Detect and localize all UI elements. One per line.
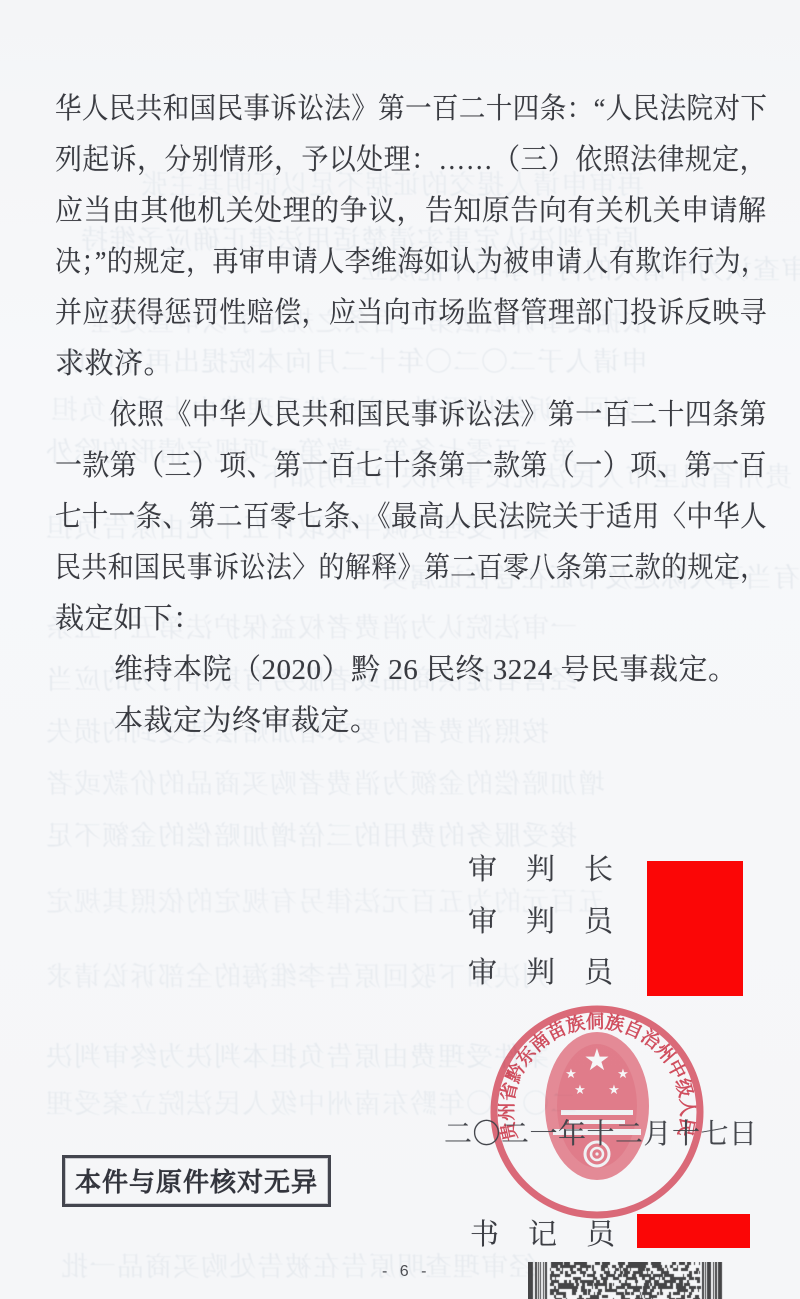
scanned-court-ruling-page: 再审申请人提交的证据不足以证明其主张原审判决认定事实清楚适用法律正确应予维持本院… xyxy=(0,0,800,1299)
emblem-small-star: ★ xyxy=(608,1082,620,1097)
emblem-small-star: ★ xyxy=(617,1066,629,1081)
body-line: 决；”的规定，再审申请人李维海如认为被申请人有欺诈行为， xyxy=(55,237,693,288)
redaction-box-clerk-name xyxy=(637,1214,750,1248)
body-line: 裁定如下： xyxy=(55,594,767,645)
body-line: 应当由其他机关处理的争议，告知原告向有关机关申请解 xyxy=(55,186,742,237)
body-line: 华人民共和国民事诉讼法》第一百二十四条：“人民法院对下 xyxy=(55,84,705,135)
bleedthrough-line: 增加赔偿的金额为消费者购买商品的价款或者 xyxy=(45,762,605,801)
body-line: 依照《中华人民共和国民事诉讼法》第一百二十四条第 xyxy=(55,390,716,441)
body-line: 七十一条、第二百零七条、《最高人民法院关于适用〈中华人 xyxy=(55,492,703,543)
body-line: 一款第（三）项、第一百七十条第一款第（一）项、第一百 xyxy=(55,441,716,492)
redaction-box-judge-names xyxy=(647,861,743,996)
bleedthrough-line: 案件受理费由原告负担本判决为终审判决 xyxy=(45,1035,549,1074)
ruling-date: 二〇二一年十二月十七日 xyxy=(444,1112,758,1152)
bleedthrough-line: 经审理查明原告在被告处购买商品一批 xyxy=(60,1245,536,1284)
signature-block: 审 判 长审 判 员审 判 员 xyxy=(468,845,613,1000)
body-line: 求救济。 xyxy=(55,339,767,390)
emblem-small-star: ★ xyxy=(565,1066,577,1081)
clerk-label: 书 记 员 xyxy=(470,1212,615,1253)
document-barcode xyxy=(528,1262,725,1299)
body-line: 维持本院（2020）黔 26 民终 3224 号民事裁定。 xyxy=(55,645,767,696)
body-line: 列起诉，分别情形，予以处理：……（三）依照法律规定， xyxy=(55,135,716,186)
judge-role-line: 审 判 长 xyxy=(468,845,613,897)
judge-role-line: 审 判 员 xyxy=(468,948,613,1000)
page-number: - 6 - xyxy=(382,1263,430,1281)
emblem-big-star: ★ xyxy=(584,1044,611,1077)
emblem-small-star: ★ xyxy=(574,1082,586,1097)
body-line: 并应获得惩罚性赔偿，应当向市场监督管理部门投诉反映寻 xyxy=(55,288,716,339)
verification-stamp: 本件与原件核对无异 xyxy=(62,1155,331,1207)
body-line: 本裁定为终审裁定。 xyxy=(55,696,767,747)
national-emblem: ★ ★ ★ ★ ★ xyxy=(545,1032,649,1180)
ruling-body-text: 华人民共和国民事诉讼法》第一百二十四条：“人民法院对下列起诉，分别情形，予以处理… xyxy=(55,84,767,747)
body-line: 民共和国民事诉讼法〉的解释》第二百零八条第三款的规定， xyxy=(55,543,691,594)
judge-role-line: 审 判 员 xyxy=(468,897,613,949)
